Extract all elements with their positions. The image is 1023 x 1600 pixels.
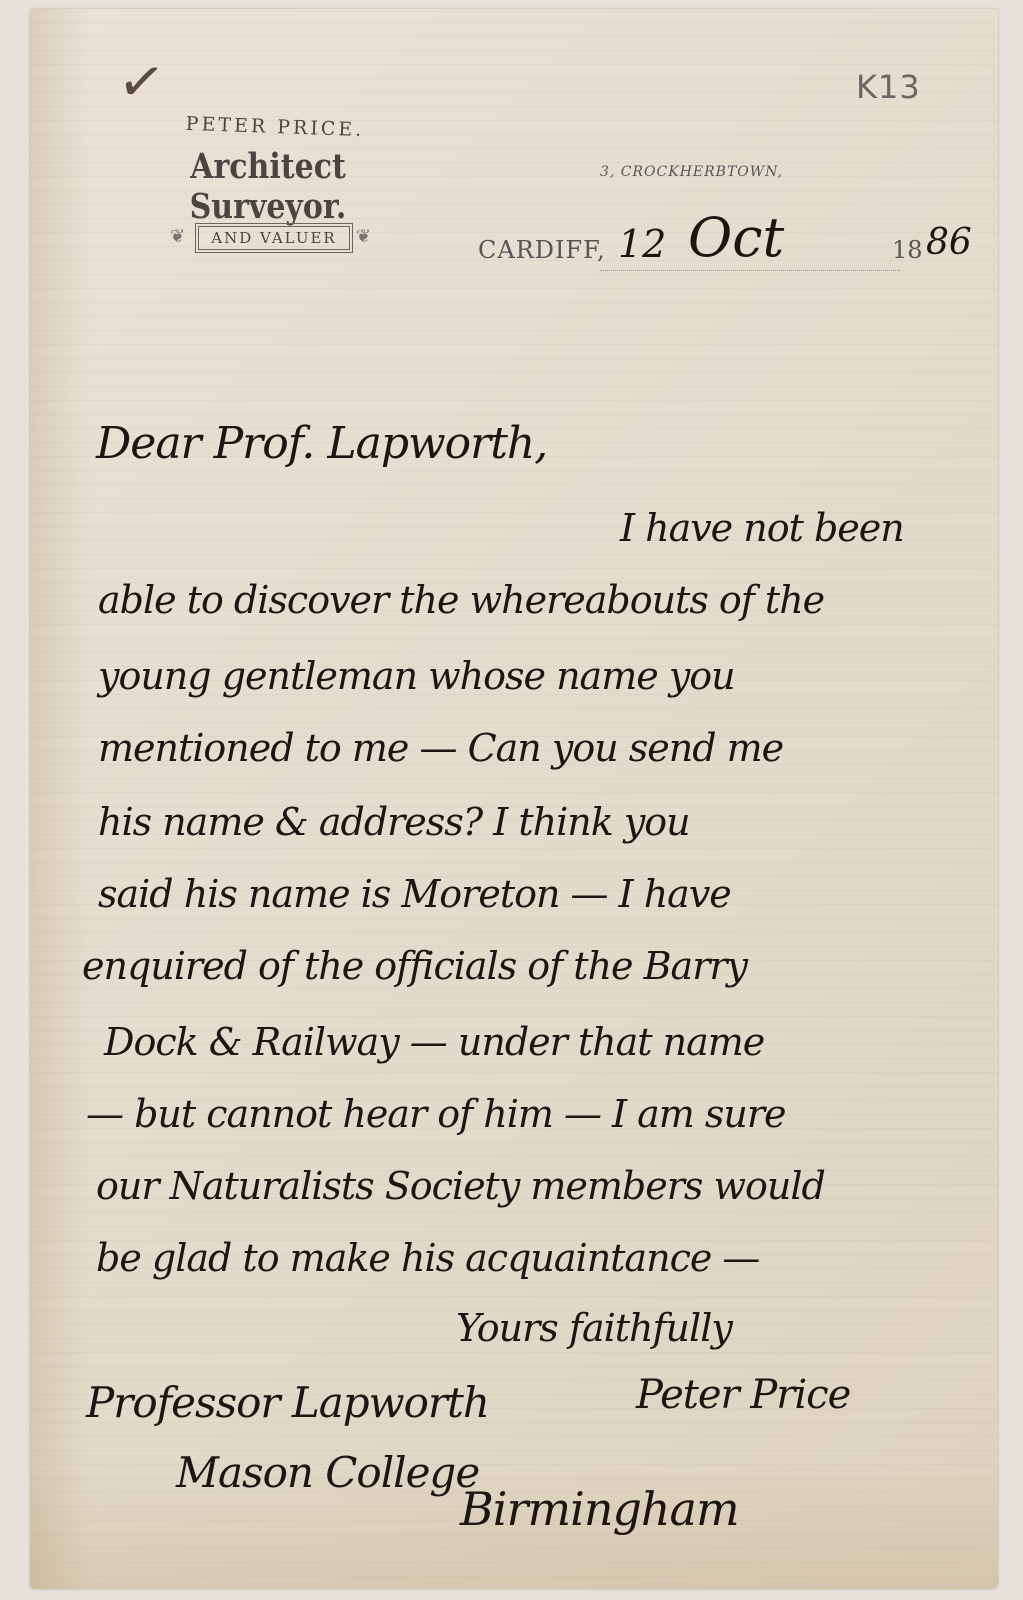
body-line: — but cannot hear of him — I am sure [86, 1092, 786, 1136]
letterhead-subtitle-text: AND VALUER [211, 229, 336, 247]
date-day: 12 [618, 222, 666, 266]
date-year-printed: 18 [892, 236, 923, 264]
date-dotted-line [600, 270, 900, 271]
body-line: our Naturalists Society members would [96, 1164, 825, 1208]
body-line: enquired of the officials of the Barry [82, 944, 747, 988]
letterhead-subtitle: AND VALUER [198, 226, 350, 250]
salutation: Dear Prof. Lapworth, [96, 418, 547, 469]
letterhead-title: Architect Surveyor. [118, 147, 418, 228]
addressee-name: Professor Lapworth [86, 1378, 489, 1427]
checkmark-annotation: ✓ [114, 47, 170, 118]
date-month: Oct [688, 206, 784, 269]
addressee-institution: Mason College [176, 1448, 479, 1497]
body-line: Dock & Railway — under that name [104, 1020, 764, 1064]
ornament-left-icon: ❦ [170, 226, 185, 247]
body-line: I have not been [620, 506, 904, 550]
date-year-handwritten: 86 [926, 222, 972, 263]
closing: Yours faithfully [456, 1306, 732, 1350]
body-line: able to discover the whereabouts of the [98, 578, 824, 622]
body-line: young gentleman whose name you [98, 654, 735, 698]
reference-number: K13 [856, 68, 921, 106]
letterhead-city: CARDIFF, [478, 236, 606, 264]
ornament-right-icon: ❦ [356, 226, 371, 247]
addressee-city: Birmingham [460, 1482, 739, 1536]
signature: Peter Price [636, 1372, 850, 1418]
letterhead-address: 3, CROCKHERBTOWN, [600, 164, 783, 180]
body-line: said his name is Moreton — I have [98, 872, 731, 916]
body-line: mentioned to me — Can you send me [98, 726, 783, 770]
body-line: his name & address? I think you [98, 800, 690, 844]
body-line: be glad to make his acquaintance — [96, 1236, 759, 1280]
